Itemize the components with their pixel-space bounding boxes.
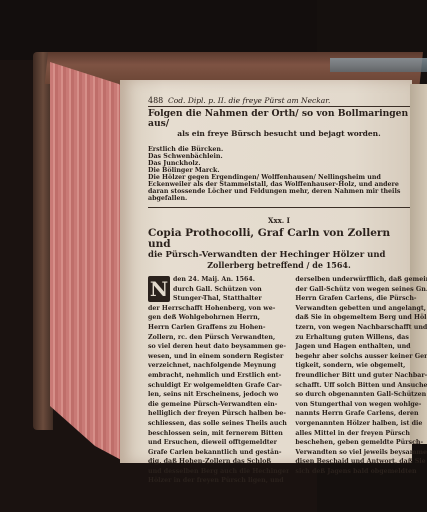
text-line: Stunger-Thal, Statthalter: [173, 294, 289, 304]
red-page-edges: [50, 62, 125, 462]
text-line: vorgenannten Hölzer halben, ist die: [295, 419, 427, 429]
running-title: Cod. Dipl. p. II. die freye Pürst am Nec…: [168, 96, 330, 105]
text-line: nannts Herrn Grafe Carlens, deren: [295, 409, 427, 419]
text-line: von Stungerthal von wegen wohlge-: [295, 400, 427, 410]
text-line: der Gall-Schütz von wegen seines Gn.: [295, 285, 427, 295]
text-line: schuldigt Er wolgemeldten Grafe Car-: [148, 381, 289, 391]
list-item: Erstlich die Bürcken.: [148, 146, 410, 153]
list-item: Das Schwenbächlein.: [148, 153, 410, 160]
text-line: so durch obgenannten Gall-Schützen: [295, 390, 427, 400]
page-number: 488: [148, 96, 168, 105]
text-line: alles Mittel in der freyen Pürsch: [295, 429, 427, 439]
text-line: durch Gall. Schützen von: [173, 285, 289, 295]
text-line: Herrn Grafen Carlens, die Pürsch-: [295, 294, 427, 304]
document-title-line-2: die Pürsch-Verwandten der Hechinger Hölz…: [148, 250, 410, 260]
divider-rule: [148, 207, 410, 208]
bookmark-ribbon: [330, 58, 427, 72]
text-line: tzern, von wegen Nachbarschafft und: [295, 323, 427, 333]
running-head: 488 Cod. Dipl. p. II. die freye Pürst am…: [148, 96, 410, 107]
right-column: derselben underwürfflich, daß gemeine de…: [295, 275, 427, 486]
text-line: Verwandten gebetten und angelangt,: [295, 304, 427, 314]
document-number: Xxx. I: [148, 216, 410, 225]
text-line: Herrn Carlen Graffens zu Hohen-: [148, 323, 289, 333]
text-line: disen Beschaid und Antwort, daß Sie: [295, 457, 427, 467]
section-title: Folgen die Nahmen der Orth/ so von Bollm…: [148, 109, 410, 129]
left-column: N den 24. Maij. An. 1564. durch Gall. Sc…: [148, 275, 289, 486]
text-line: tigkeit, sondern, wie obgemelt,: [295, 361, 427, 371]
text-line: die gemeine Pürsch-Verwandten ein-: [148, 400, 289, 410]
text-line: wesen, und in einem sondern Register: [148, 352, 289, 362]
text-line: helliglich der freyen Pürsch halben be-: [148, 409, 289, 419]
text-line: gen deß Wohlgebohrnen Herrn,: [148, 313, 289, 323]
text-line: und desselben Berg auch die Hechinger: [148, 467, 289, 477]
text-line: begehr aber solchs ausser keiner Gerech-: [295, 352, 427, 362]
drop-cap: N: [148, 276, 170, 302]
list-item: Die Hölzer gegen Ergendingen/ Wolffenhau…: [148, 174, 410, 202]
text-line: den 24. Maij. An. 1564.: [173, 275, 289, 285]
text-line: so viel deren heut dato beysammen ge-: [148, 342, 289, 352]
text-line: schliessen, das solle seines Theils auch: [148, 419, 289, 429]
text-line: verzeichnet, nachfolgende Meynung: [148, 361, 289, 371]
body-columns: N den 24. Maij. An. 1564. durch Gall. Sc…: [148, 275, 410, 486]
list-item: Das Junckholz.: [148, 160, 410, 167]
text-line: Grafe Carlen bekanntlich und gestän-: [148, 448, 289, 458]
text-line: Zollern, rc. den Pürsch Verwandten,: [148, 333, 289, 343]
text-line: sich deß Jagens bald obgemeldten: [295, 467, 427, 477]
text-line: der Herrschafft Hohenberg, von we-: [148, 304, 289, 314]
text-line: len, seins nit Erscheinens, jedoch wo: [148, 390, 289, 400]
document-title-line-1: Copia Prothocolli, Graf Carln von Zoller…: [148, 228, 410, 250]
text-line: Hölzer in der freyen Pürsch ligen, und: [148, 476, 289, 486]
text-line: dig, daß Hohen-Zollern das Schloß: [148, 457, 289, 467]
text-line: und Ersuchen, dieweil offtgemeldter: [148, 438, 289, 448]
text-line: embracht, nehmlich und Erstlich ent-: [148, 371, 289, 381]
document-title-line-3: Zollerberg betreffend / de 1564.: [148, 260, 410, 270]
text-line: derselben underwürfflich, daß gemeine: [295, 275, 427, 285]
page-content: 488 Cod. Dipl. p. II. die freye Pürst am…: [148, 96, 410, 486]
text-line: zu Erhaltung guten Willens, das: [295, 333, 427, 343]
text-line: Jagen und Hagen enthalten, und: [295, 342, 427, 352]
text-line: schafft. Uff solch Bitten und Ansuchen: [295, 381, 427, 391]
text-line: freundlicher Bitt und guter Nachbar-: [295, 371, 427, 381]
section-subtitle: als ein freye Bürsch besucht und bejagt …: [148, 129, 410, 138]
place-list: Erstlich die Bürcken. Das Schwenbächlein…: [148, 146, 410, 202]
list-item: Die Bölinger Marck.: [148, 167, 410, 174]
text-line: beschlossen sein, mit fernerem Bitten: [148, 429, 289, 439]
text-line: beschehen, geben gemeldte Pürsch-: [295, 438, 427, 448]
text-line: Verwandten so viel jeweils beysammen: [295, 448, 427, 458]
text-line: daß Sie in obgemeltem Berg und Höl-: [295, 313, 427, 323]
